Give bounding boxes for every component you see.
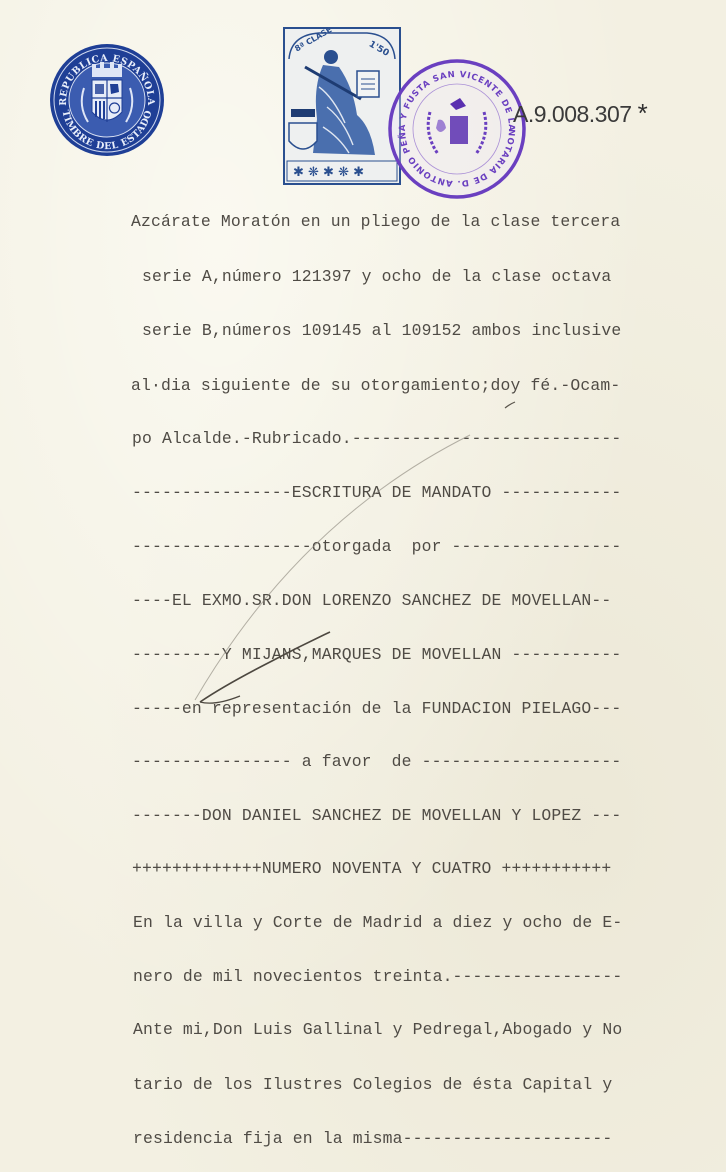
svg-text:✱ ❋ ✱ ❋ ✱: ✱ ❋ ✱ ❋ ✱	[293, 165, 364, 180]
text-line: Ante mi,Don Luis Gallinal y Pedregal,Abo…	[133, 1020, 622, 1039]
text-line: ---------------- a favor de ------------…	[132, 752, 621, 771]
text-line: al·dia siguiente de su otorgamiento;doy …	[131, 376, 620, 395]
asterisk-mark: *	[638, 98, 648, 128]
notary-seal-icon: NOTARIA DE D. ANTONIO PEÑA Y FUSTA SAN V…	[386, 58, 528, 200]
text-line: ------------------otorgada por ---------…	[132, 537, 621, 556]
text-line: serie B,números 109145 al 109152 ambos i…	[132, 321, 621, 340]
text-line: tario de los Ilustres Colegios de ésta C…	[133, 1075, 612, 1094]
text-line: +++++++++++++NUMERO NOVENTA Y CUATRO +++…	[132, 859, 611, 878]
text-line: ----------------ESCRITURA DE MANDATO ---…	[132, 483, 621, 502]
text-line: residencia fija en la misma-------------…	[133, 1129, 612, 1148]
text-line: -----en representación de la FUNDACION P…	[132, 699, 621, 718]
serial-number: A.9.008.307*	[513, 98, 647, 129]
text-line: ----EL EXMO.SR.DON LORENZO SANCHEZ DE MO…	[132, 591, 611, 610]
text-line: serie A,número 121397 y ocho de la clase…	[132, 267, 611, 286]
text-line: po Alcalde.-Rubricado.------------------…	[132, 429, 621, 448]
text-line: ---------Y MIJANS,MARQUES DE MOVELLAN --…	[132, 645, 621, 664]
state-seal-icon: REPUBLICA ESPAÑOLA TIMBRE DEL ESTADO	[48, 42, 166, 158]
text-line: Azcárate Moratón en un pliego de la clas…	[131, 212, 620, 231]
text-line: En la villa y Corte de Madrid a diez y o…	[133, 913, 622, 932]
text-line: nero de mil novecientos treinta.--------…	[133, 967, 622, 986]
fiscal-stamp-icon: 8ª CLASE 1'50 ✱ ❋ ✱ ❋ ✱	[283, 27, 401, 185]
text-line: -------DON DANIEL SANCHEZ DE MOVELLAN Y …	[132, 806, 621, 825]
